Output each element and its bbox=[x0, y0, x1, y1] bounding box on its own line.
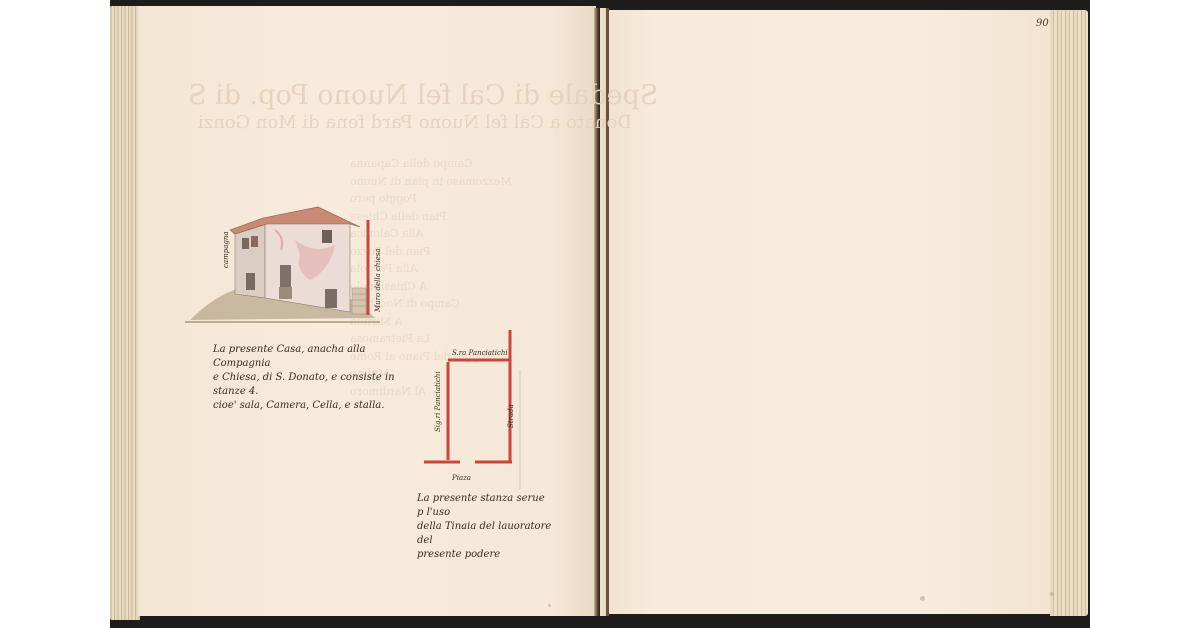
house-drawing bbox=[185, 200, 385, 325]
caption-line: La presente Casa, anacha alla Compagnia bbox=[213, 343, 403, 371]
bleed-through-subtitle: Donato a Cal fel Nuono Pard fena di Mon … bbox=[198, 112, 632, 133]
plan-right-label: Strada bbox=[507, 404, 515, 428]
plan-top-label: S.ra Panciatichi bbox=[452, 349, 508, 357]
bleed-list-item: Campo della Capanna bbox=[350, 155, 540, 173]
caption-line: e Chiesa, di S. Donato, e consiste in st… bbox=[213, 371, 403, 399]
plan-caption: La presente stanza serue p l'uso della T… bbox=[417, 492, 552, 562]
campagna-label: campagna bbox=[222, 231, 230, 268]
caption-line: La presente stanza serue p l'uso bbox=[417, 492, 552, 520]
foxing-spot bbox=[548, 604, 551, 607]
right-page-edges bbox=[1050, 10, 1088, 616]
caption-line: presente podere bbox=[417, 548, 552, 562]
bleed-through-title: Spedale di Cal fel Nuono Pop. di S bbox=[188, 80, 658, 111]
caption-line: della Tinaia del lauoratore del bbox=[417, 520, 552, 548]
right-page bbox=[609, 10, 1051, 614]
caption-line: cioe' sala, Camera, Cella, e stalla. bbox=[213, 399, 403, 413]
house-caption: La presente Casa, anacha alla Compagnia … bbox=[213, 343, 403, 413]
bleed-list-item: Mezzomaso in pian di Nuono bbox=[350, 173, 540, 191]
plan-bottom-label: Piaza bbox=[452, 474, 471, 482]
plan-left-label: Sig.ri Panciatichi bbox=[434, 371, 442, 432]
muro-chiesa-label: Muro della chiesa bbox=[374, 248, 382, 312]
foxing-spot bbox=[920, 596, 925, 601]
left-page-edges bbox=[110, 6, 140, 620]
foxing-spot bbox=[1050, 592, 1054, 596]
folio-number: 90 bbox=[1036, 18, 1049, 29]
